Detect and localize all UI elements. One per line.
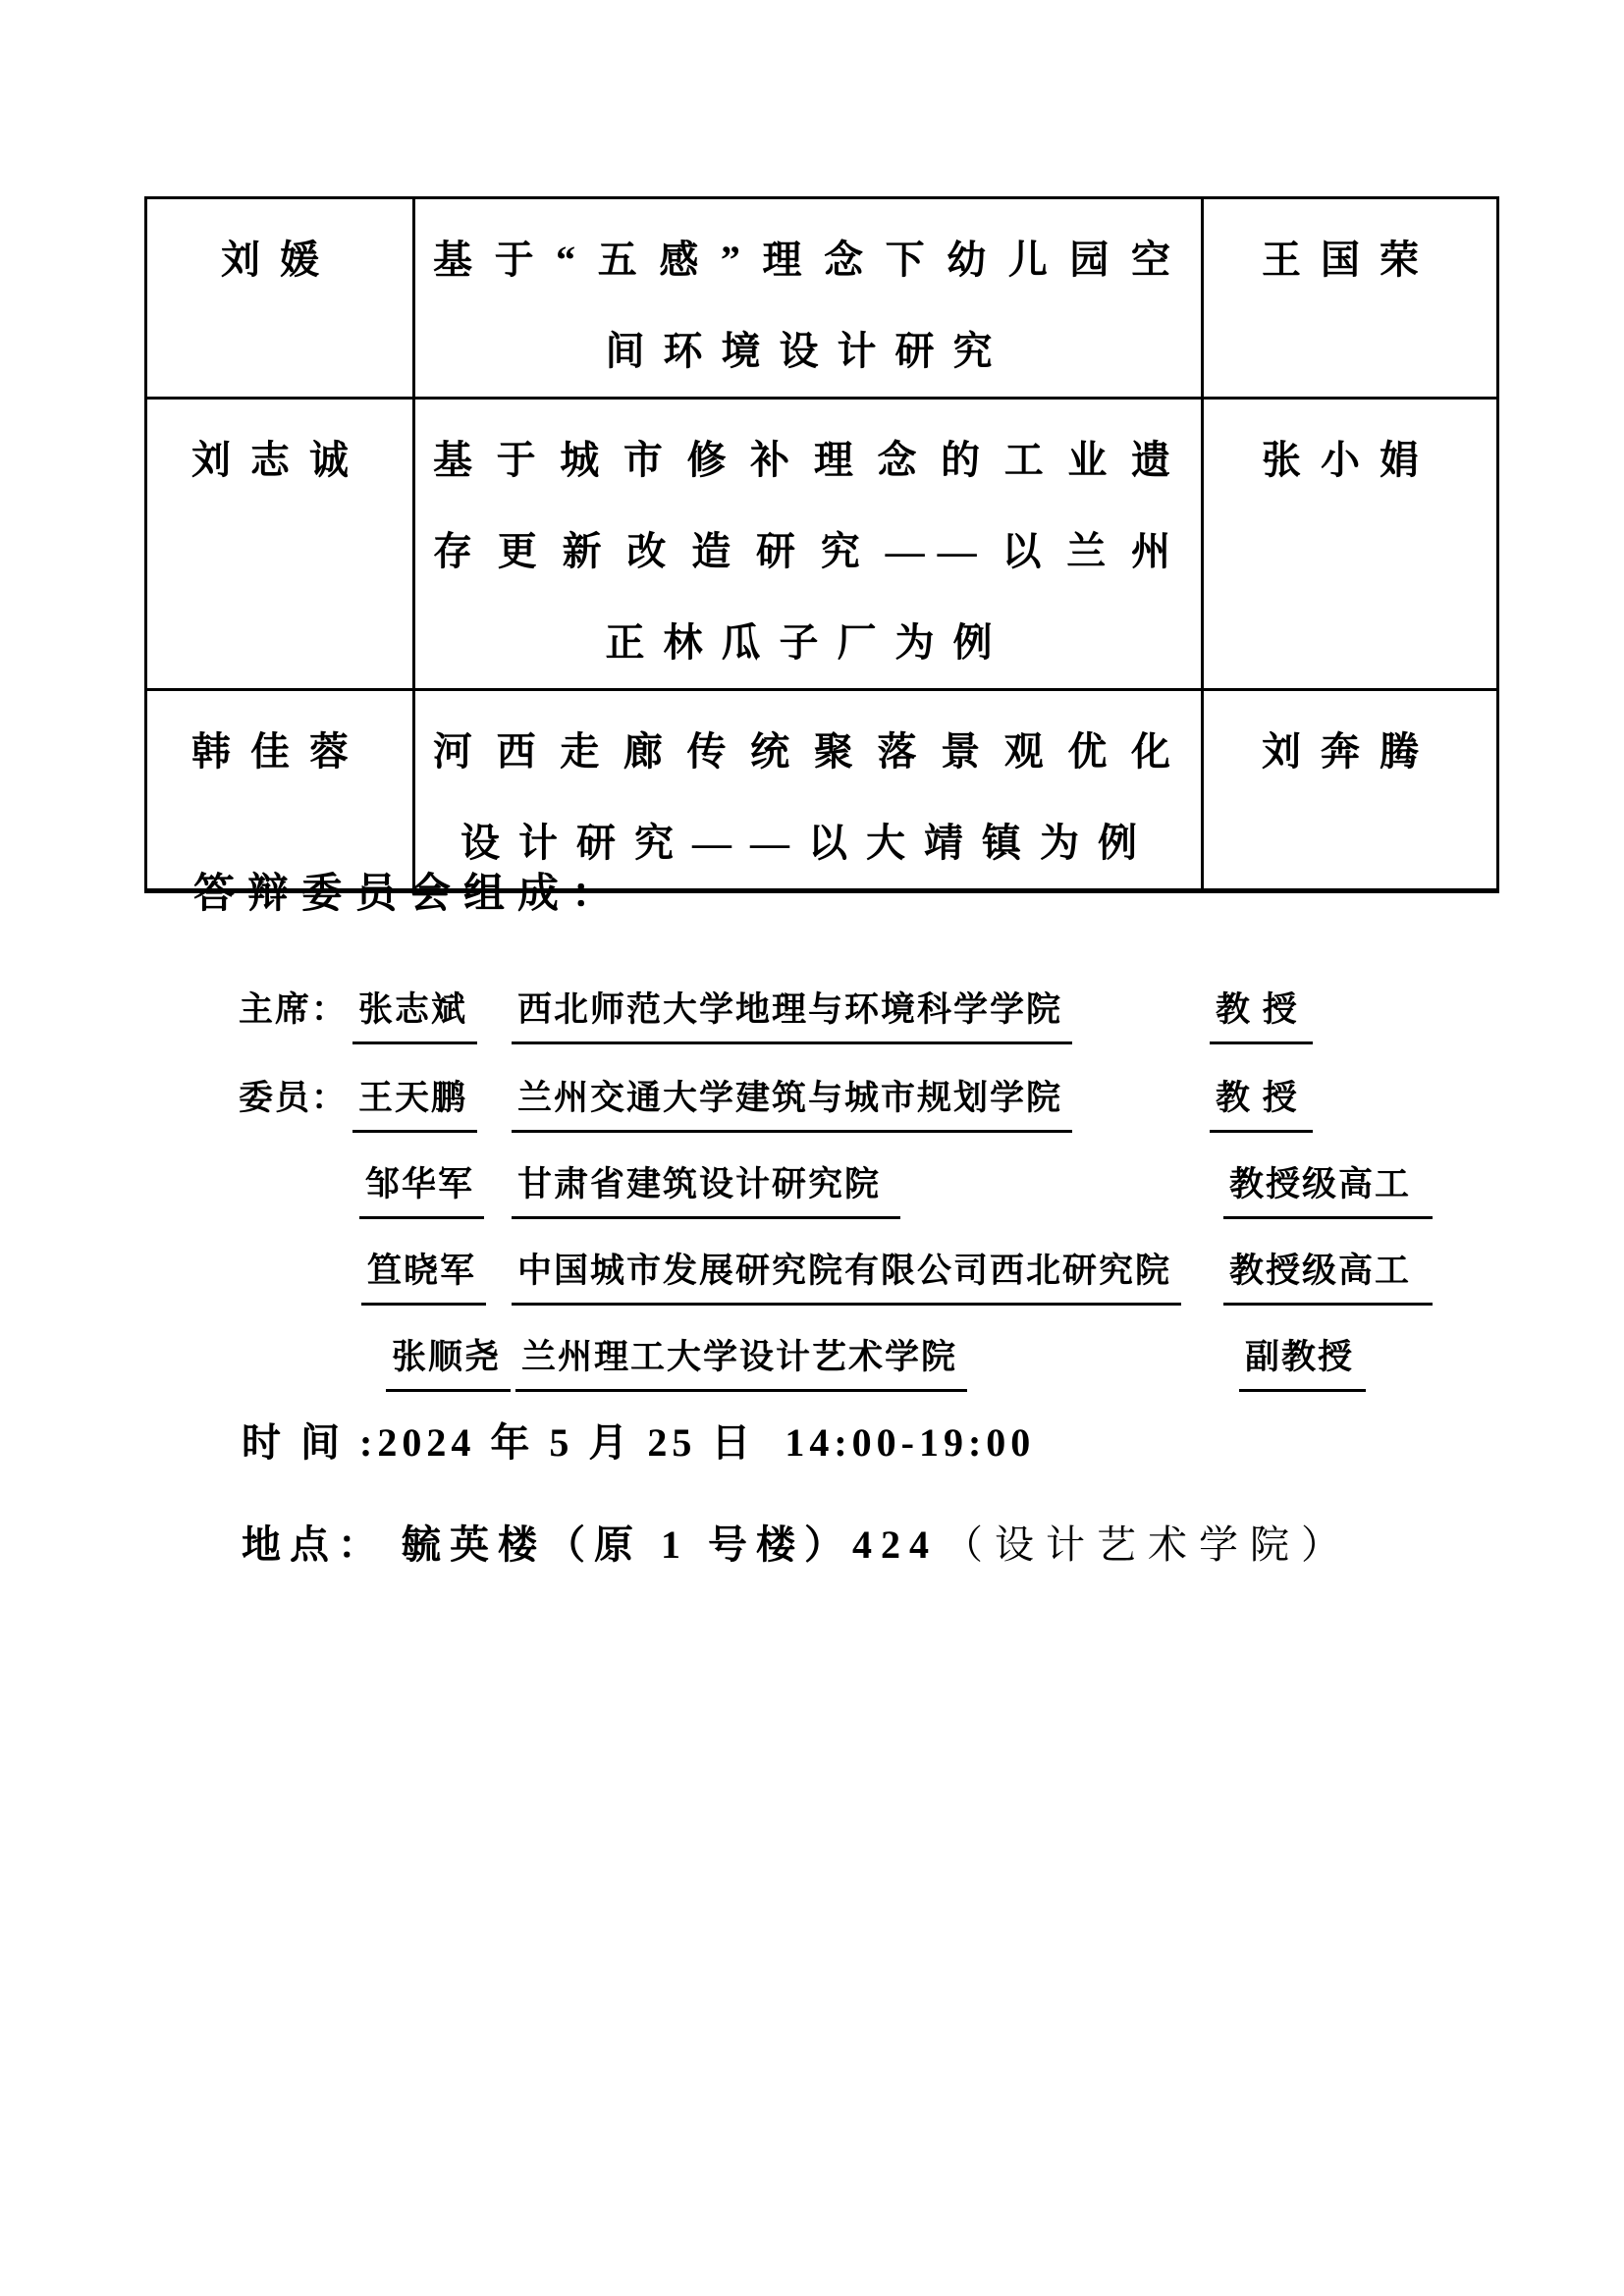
member-affiliation: 甘肃省建筑设计研究院 — [512, 1162, 900, 1219]
location-line: 地点：毓英楼（原 1 号楼）424（设计艺术学院） — [242, 1520, 1352, 1571]
thesis-title-line: 存更新改造研究——以兰州 — [433, 506, 1183, 597]
thesis-title-cell: 河西走廊传统聚落景观优化设计研究——以大靖镇为例 — [414, 690, 1203, 891]
member-name: 张志斌 — [352, 988, 477, 1044]
member-name: 笪晓军 — [361, 1249, 486, 1306]
location-label: 地点： — [242, 1522, 386, 1567]
time-label: 时 间 : — [242, 1420, 377, 1465]
time-line: 时 间 :2024 年 5 月 25 日14:00-19:00 — [242, 1417, 1035, 1468]
member-title: 教 授 — [1210, 1076, 1313, 1133]
committee-row: 笪晓军 中国城市发展研究院有限公司西北研究院 教授级高工 — [0, 1249, 1624, 1308]
member-title: 教 授 — [1210, 988, 1313, 1044]
thesis-title-line: 基于“五感”理念下幼儿园空 — [433, 214, 1183, 305]
member-affiliation: 兰州理工大学设计艺术学院 — [515, 1335, 967, 1392]
thesis-title-line: 基于城市修补理念的工业遗 — [433, 414, 1183, 506]
time-range: 14:00-19:00 — [785, 1420, 1035, 1465]
member-title: 副教授 — [1239, 1335, 1366, 1392]
member-title: 教授级高工 — [1223, 1249, 1433, 1306]
student-name-cell: 刘志诚 — [146, 399, 414, 690]
member-name: 邹华军 — [359, 1162, 484, 1219]
table-row: 韩佳蓉 河西走廊传统聚落景观优化设计研究——以大靖镇为例 刘奔腾 — [146, 690, 1498, 891]
thesis-title-cell: 基于“五感”理念下幼儿园空间环境设计研究 — [414, 198, 1203, 399]
thesis-title-line: 间环境设计研究 — [433, 305, 1183, 397]
committee-row: 邹华军 甘肃省建筑设计研究院 教授级高工 — [0, 1162, 1624, 1221]
committee-heading: 答辩委员会组成： — [193, 870, 625, 917]
member-name: 张顺尧 — [386, 1335, 511, 1392]
defense-schedule-table: 刘媛 基于“五感”理念下幼儿园空间环境设计研究 王国荣 刘志诚 基于城市修补理念… — [144, 196, 1499, 893]
member-affiliation: 中国城市发展研究院有限公司西北研究院 — [512, 1249, 1181, 1306]
location-venue: 毓英楼（原 1 号楼）424 — [402, 1522, 938, 1567]
member-name: 王天鹏 — [352, 1076, 477, 1133]
student-name-cell: 刘媛 — [146, 198, 414, 399]
student-name-cell: 韩佳蓉 — [146, 690, 414, 891]
committee-row: 委员： 王天鹏 兰州交通大学建筑与城市规划学院 教 授 — [0, 1076, 1624, 1135]
member-affiliation: 兰州交通大学建筑与城市规划学院 — [512, 1076, 1072, 1133]
thesis-title-cell: 基于城市修补理念的工业遗存更新改造研究——以兰州正林瓜子厂为例 — [414, 399, 1203, 690]
thesis-title-line: 河西走廊传统聚落景观优化 — [433, 706, 1183, 797]
thesis-title-line: 正林瓜子厂为例 — [433, 597, 1183, 688]
location-note: （设计艺术学院） — [944, 1522, 1352, 1567]
committee-row: 主席： 张志斌 西北师范大学地理与环境科学学院 教 授 — [0, 988, 1624, 1046]
member-affiliation: 西北师范大学地理与环境科学学院 — [512, 988, 1072, 1044]
table-row: 刘媛 基于“五感”理念下幼儿园空间环境设计研究 王国荣 — [146, 198, 1498, 399]
table-row: 刘志诚 基于城市修补理念的工业遗存更新改造研究——以兰州正林瓜子厂为例 张小娟 — [146, 399, 1498, 690]
member-title: 教授级高工 — [1223, 1162, 1433, 1219]
role-label: 主席： — [239, 988, 348, 1033]
role-label: 委员： — [239, 1076, 348, 1121]
advisor-name-cell: 刘奔腾 — [1203, 690, 1498, 891]
committee-row: 张顺尧 兰州理工大学设计艺术学院 副教授 — [0, 1335, 1624, 1394]
time-date: 2024 年 5 月 25 日 — [377, 1420, 755, 1465]
advisor-name-cell: 张小娟 — [1203, 399, 1498, 690]
document-page: 刘媛 基于“五感”理念下幼儿园空间环境设计研究 王国荣 刘志诚 基于城市修补理念… — [0, 0, 1624, 2296]
advisor-name-cell: 王国荣 — [1203, 198, 1498, 399]
